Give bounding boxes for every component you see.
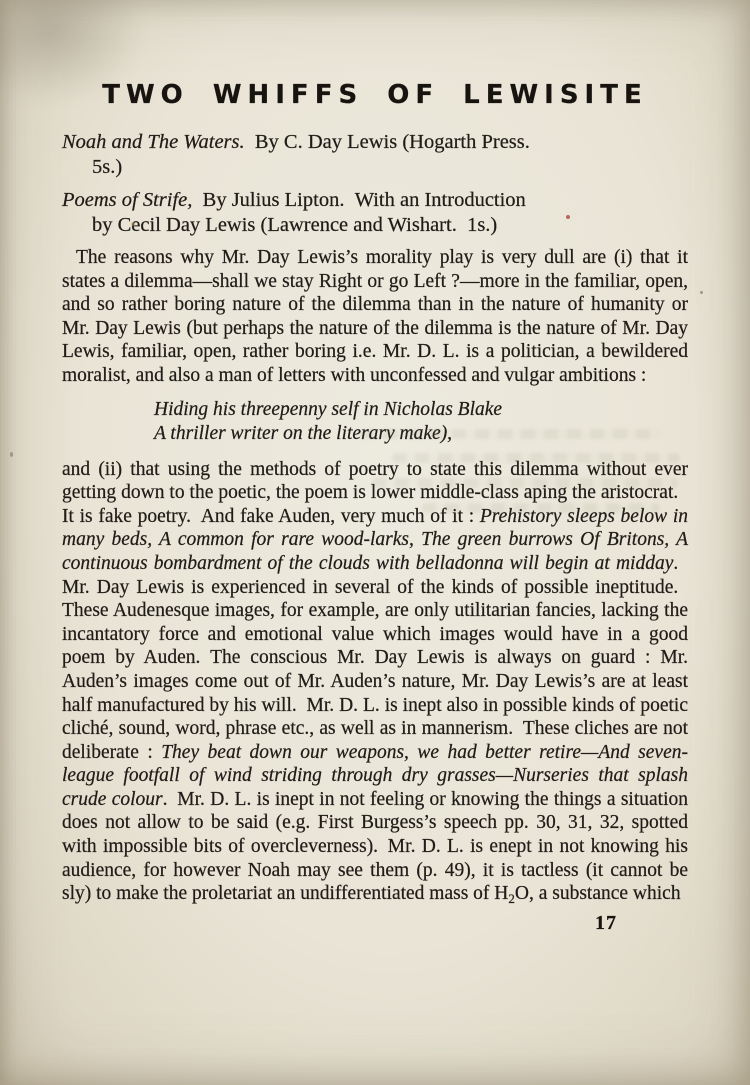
reference-continuation: by Cecil Day Lewis (Lawrence and Wishart… [92, 214, 497, 236]
show-through-smudge [372, 478, 678, 488]
reference-entry-1: Noah and The Waters. By C. Day Lewis (Ho… [62, 130, 688, 180]
page-number: 17 [62, 912, 688, 935]
scan-edge-shadow [0, 0, 12, 1085]
paper-speck [700, 291, 703, 294]
reference-continuation: 5s.) [92, 156, 122, 178]
book-publisher: By Julius Lipton. With an Introduction [192, 189, 525, 211]
reference-entry-2: Poems of Strife, By Julius Lipton. With … [62, 188, 688, 238]
verse-line-1: Hiding his threepenny self in Nicholas B… [154, 398, 688, 422]
book-title: Poems of Strife, [62, 189, 192, 211]
show-through-smudge [422, 503, 660, 513]
text-run: O, a substance which [515, 883, 681, 904]
review-paragraph-2: and (ii) that using the methods of poetr… [62, 458, 688, 906]
reference-line: Poems of Strife, By Julius Lipton. With … [62, 189, 526, 211]
article-title: TWO WHIFFS OF LEWISITE [62, 82, 688, 108]
book-title: Noah and The Waters. [62, 131, 245, 153]
show-through-smudge [392, 453, 680, 463]
show-through-smudge [360, 429, 660, 439]
scanned-page: TWO WHIFFS OF LEWISITE Noah and The Wate… [0, 0, 750, 1085]
review-paragraph-1: The reasons why Mr. Day Lewis’s morality… [62, 246, 688, 388]
paper-speck [10, 452, 13, 457]
paper-speck [566, 215, 570, 219]
book-publisher: By C. Day Lewis (Hogarth Press. [245, 131, 530, 153]
text-run: . Mr. Day Lewis is experienced in severa… [62, 553, 688, 763]
reference-line: Noah and The Waters. By C. Day Lewis (Ho… [62, 131, 530, 153]
paper-speck [131, 222, 135, 226]
